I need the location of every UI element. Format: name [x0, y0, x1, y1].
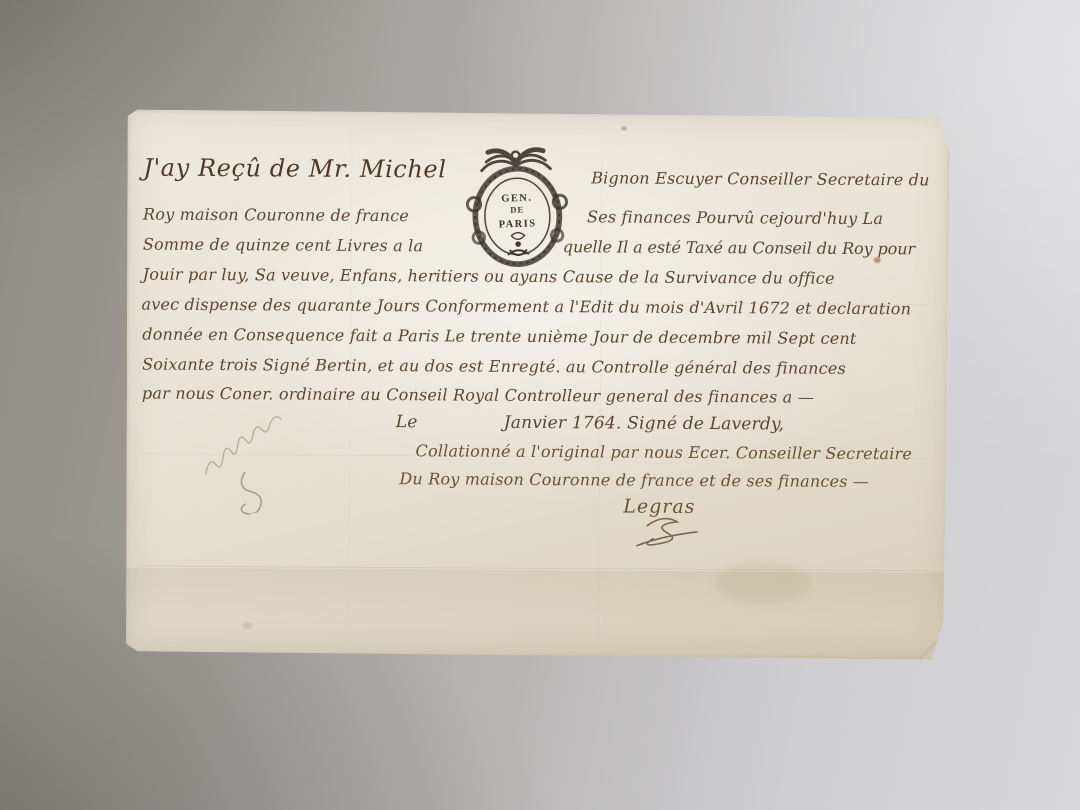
- manuscript-line-7: Soixante trois Signé Bertin, et au dos e…: [142, 355, 846, 378]
- manuscript-line-1-left: J'ay Reçû de Mr. Michel: [143, 154, 446, 184]
- stamp-text-de: DE: [510, 204, 524, 214]
- tax-stamp-generalite-de-paris: GEN. DE PARIS: [459, 142, 575, 271]
- paper-fold-shading: [124, 567, 947, 659]
- manuscript-line-5: avec dispense des quarante Jours Conform…: [141, 295, 911, 319]
- manuscript-line-2-right: Ses finances Pourvû cejourd'huy La: [587, 207, 883, 228]
- collation-line-1: Collationné a l'original par nous Ecer. …: [416, 441, 913, 463]
- manuscript-line-1-right: Bignon Escuyer Conseiller Secretaire du: [591, 168, 930, 189]
- foxing-spot: [242, 622, 252, 629]
- manuscript-line-4: Jouir par luy, Sa veuve, Enfans, heritie…: [143, 265, 835, 288]
- manuscript-line-6: donnée en Consequence fait a Paris Le tr…: [142, 325, 856, 348]
- stamp-text-gen: GEN.: [501, 193, 532, 205]
- paper-crease-horizontal: [141, 566, 930, 573]
- marginal-docket-scribble: [188, 409, 317, 524]
- manuscript-line-2-left: Roy maison Couronne de france: [143, 205, 409, 226]
- manuscript-line-3-left: Somme de quinze cent Livres a la: [143, 235, 423, 256]
- foxing-spot: [622, 127, 627, 131]
- paper-crease-vertical: [598, 123, 603, 646]
- manuscript-date-line: Janvier 1764. Signé de Laverdy,: [504, 413, 784, 435]
- paper-corner-fold: [916, 634, 946, 659]
- manuscript-document: GEN. DE PARIS J'ay Reçû de Mr. Michel Bi…: [124, 109, 949, 659]
- paper-stain: [715, 561, 811, 604]
- photo-surface: GEN. DE PARIS J'ay Reçû de Mr. Michel Bi…: [0, 0, 1080, 810]
- signature-flourish: [633, 514, 703, 552]
- stamp-text-paris: PARIS: [498, 218, 536, 230]
- paper-crease-vertical: [348, 122, 353, 645]
- collation-line-2: Du Roy maison Couronne de france et de s…: [399, 469, 869, 491]
- manuscript-date-le: Le: [396, 412, 418, 432]
- manuscript-line-8: par nous Coner. ordinaire au Conseil Roy…: [142, 384, 814, 407]
- manuscript-line-3-right: quelle Il a esté Taxé au Conseil du Roy …: [563, 237, 915, 258]
